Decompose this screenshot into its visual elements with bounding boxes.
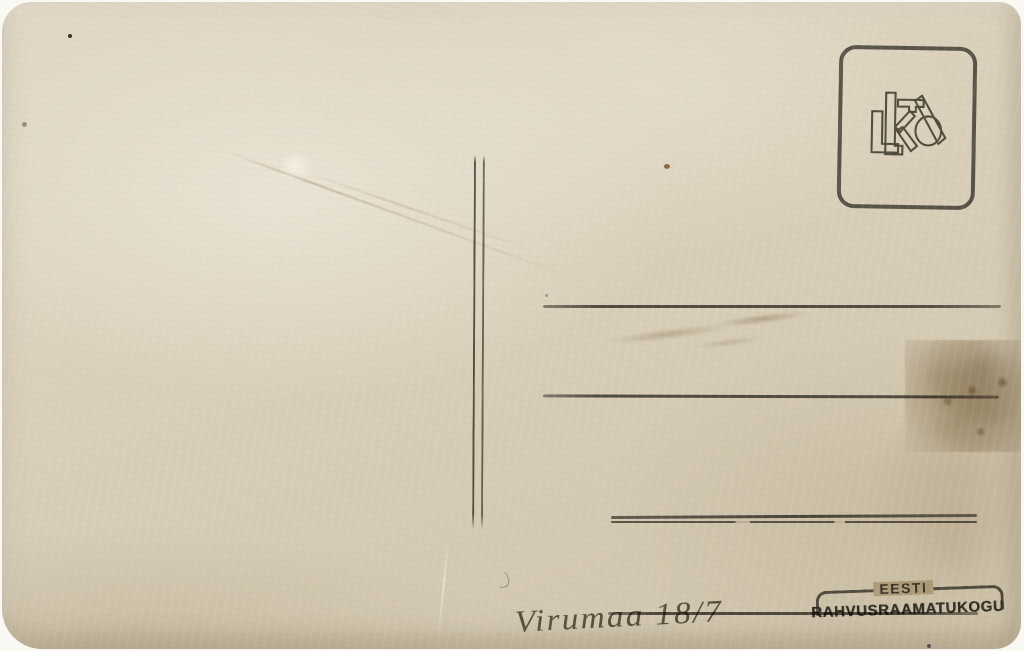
address-line-1 [543, 305, 1001, 308]
scanned-postcard-photo: EESTI RAHVUSRAAMATUKOGU Virumaa 18/7 [0, 0, 1024, 651]
paper-speck [22, 122, 27, 127]
library-stamp-country-label: EESTI [873, 580, 933, 596]
address-line-3 [611, 515, 977, 523]
pencil-squiggle [493, 570, 512, 590]
paper-dent [280, 154, 314, 184]
paper-crease [437, 542, 449, 642]
address-line-2 [543, 394, 999, 398]
stamp-box [837, 45, 978, 210]
paper-speck [927, 644, 931, 648]
paper-scratch [302, 170, 539, 253]
paper-speck [545, 294, 548, 297]
paper-smudge [596, 291, 836, 371]
center-divider-line [472, 155, 485, 529]
paper-scratch [229, 152, 587, 284]
paper-speck [664, 164, 670, 169]
handwritten-note: Virumaa 18/7 [514, 590, 796, 639]
lkt-monogram-icon [865, 89, 948, 166]
postcard-back: EESTI RAHVUSRAAMATUKOGU Virumaa 18/7 [2, 2, 1021, 649]
paper-speck [68, 34, 72, 38]
paper-stain-halo [870, 422, 1021, 562]
library-stamp: EESTI RAHVUSRAAMATUKOGU [807, 577, 1011, 634]
